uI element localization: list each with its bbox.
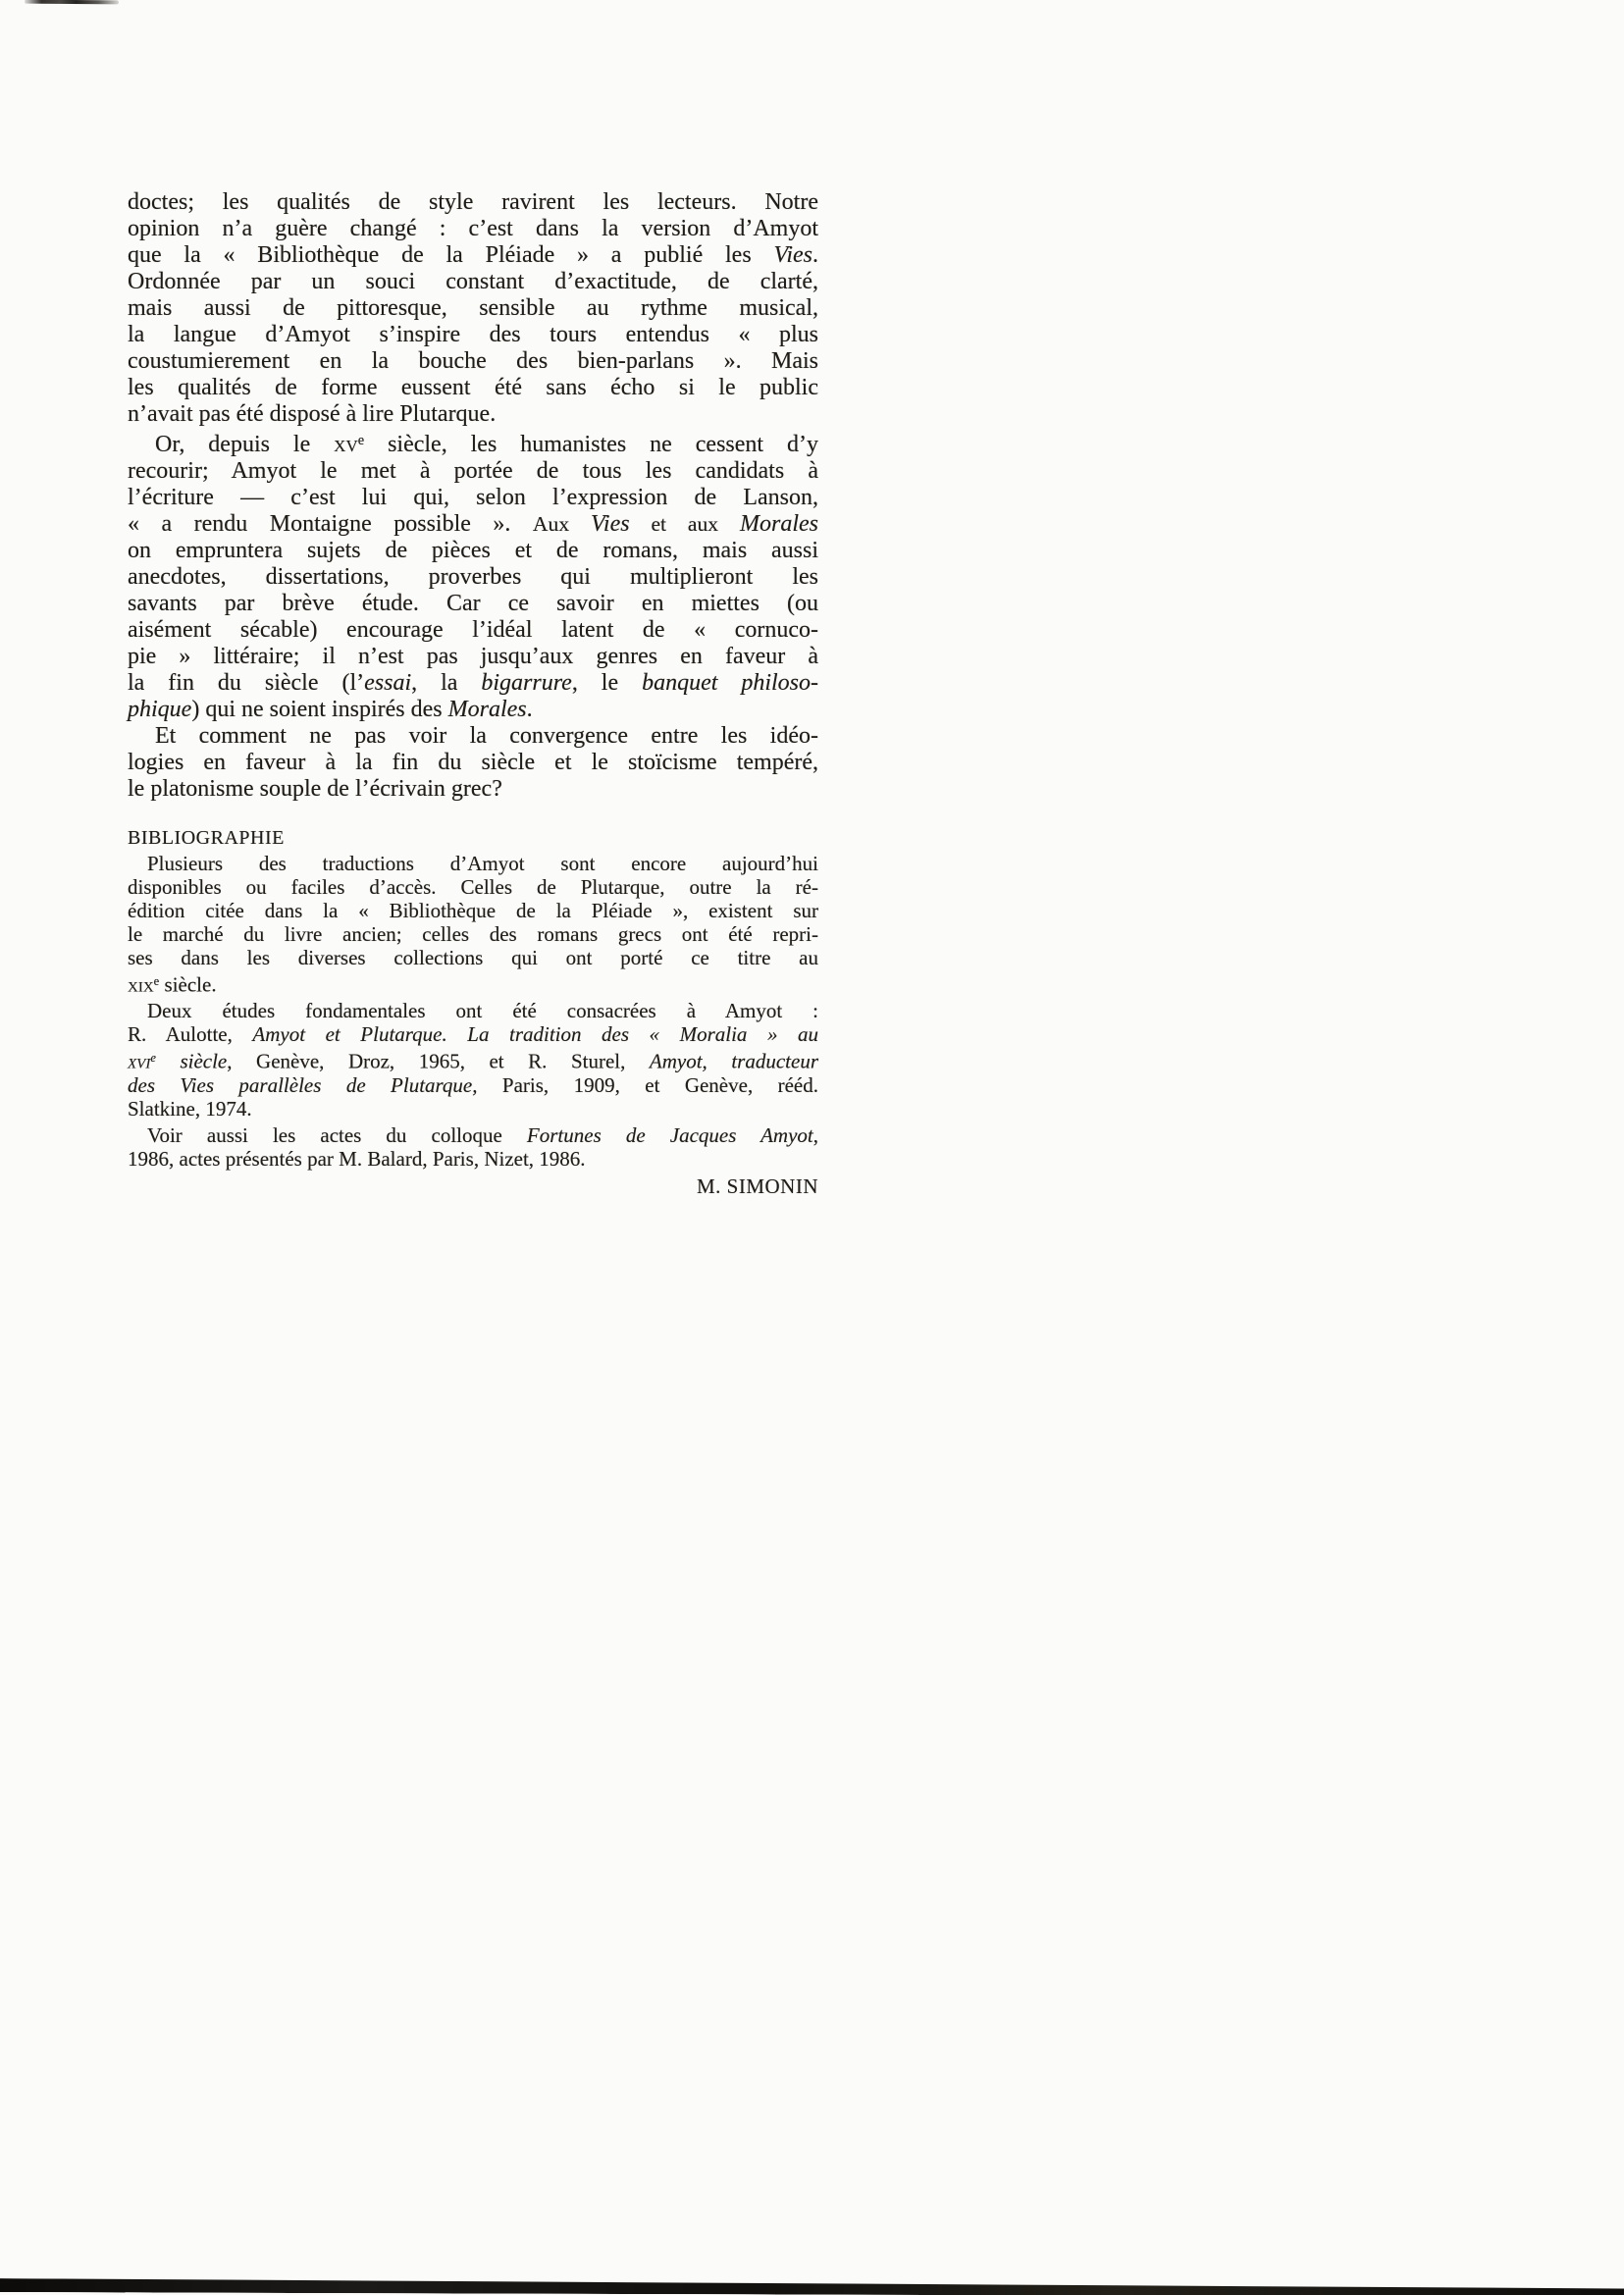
text-line: 1986, actes présentés par M. Balard, Par… <box>128 1147 818 1171</box>
text-line: xixe siècle. <box>128 969 818 996</box>
text-run: Aux <box>533 512 591 536</box>
text-run: xix <box>128 972 154 996</box>
text-run: siècle, les humanistes ne cessent d’y <box>364 432 818 457</box>
text-run: doctes; les qualités de style ravirent l… <box>128 189 818 215</box>
text-run: la langue d’Amyot s’inspire des tours en… <box>128 322 818 347</box>
text-line: R. Aulotte, Amyot et Plutarque. La tradi… <box>128 1022 818 1046</box>
scanned-document-page: doctes; les qualités de style ravirent l… <box>0 0 1624 2295</box>
text-run: bigarrure <box>481 670 571 696</box>
article-body: doctes; les qualités de style ravirent l… <box>128 189 818 803</box>
text-line: savants par brève étude. Car ce savoir e… <box>128 591 818 617</box>
text-line: anecdotes, dissertations, proverbes qui … <box>128 564 818 591</box>
text-run: opinion n’a guère changé : c’est dans la… <box>128 216 818 241</box>
text-line: la langue d’Amyot s’inspire des tours en… <box>128 322 818 348</box>
text-run: l’écriture — c’est lui qui, selon l’expr… <box>128 485 818 510</box>
paragraph: Deux études fondamentales ont été consac… <box>128 999 818 1120</box>
text-run: . <box>812 242 818 268</box>
text-run: Vies <box>773 242 812 268</box>
paragraph: Voir aussi les actes du colloque Fortune… <box>128 1123 818 1171</box>
paragraph: doctes; les qualités de style ravirent l… <box>128 189 818 428</box>
text-run: , le <box>572 670 642 696</box>
text-run: Fortunes de Jacques Amyot <box>527 1123 813 1147</box>
scan-streak-artifact <box>25 0 119 4</box>
text-line: Et comment ne pas voir la convergence en… <box>128 723 818 750</box>
text-line: coustumierement en la bouche des bien-pa… <box>128 348 818 375</box>
text-run: siècle. <box>159 972 216 996</box>
text-line: édition citée dans la « Bibliothèque de … <box>128 899 818 922</box>
text-line: opinion n’a guère changé : c’est dans la… <box>128 216 818 242</box>
text-run: édition citée dans la « Bibliothèque de … <box>128 899 818 922</box>
text-run: Vies <box>591 511 630 537</box>
text-line: le marché du livre ancien; celles des ro… <box>128 922 818 946</box>
text-run: Paris, 1909, et Genève, rééd. <box>478 1073 818 1097</box>
text-run: Et comment ne pas voir la convergence en… <box>155 723 818 749</box>
bibliography-body: Plusieurs des traductions d’Amyot sont e… <box>128 852 818 1171</box>
text-run: Morales <box>740 511 818 537</box>
text-line: Or, depuis le xve siècle, les humanistes… <box>128 428 818 458</box>
text-run: savants par brève étude. Car ce savoir e… <box>128 591 818 616</box>
text-line: des Vies parallèles de Plutarque, Paris,… <box>128 1073 818 1097</box>
text-run: les qualités de forme eussent été sans é… <box>128 375 818 400</box>
paragraph: Et comment ne pas voir la convergence en… <box>128 723 818 803</box>
text-run: le marché du livre ancien; celles des ro… <box>128 922 818 946</box>
scan-edge-band-artifact <box>0 2278 1624 2295</box>
text-run: , <box>813 1123 818 1147</box>
text-run: R. Aulotte, <box>128 1022 252 1046</box>
text-line: doctes; les qualités de style ravirent l… <box>128 189 818 216</box>
text-run: n’avait pas été disposé à lire Plutarque… <box>128 401 496 427</box>
text-run: siècle <box>156 1050 227 1073</box>
article-text-column: doctes; les qualités de style ravirent l… <box>128 189 818 1198</box>
text-line: pie » littéraire; il n’est pas jusqu’aux… <box>128 644 818 670</box>
text-line: le platonisme souple de l’écrivain grec? <box>128 776 818 803</box>
text-line: mais aussi de pittoresque, sensible au r… <box>128 295 818 322</box>
text-run: logies en faveur à la fin du siècle et l… <box>128 750 818 775</box>
text-line: aisément sécable) encourage l’idéal late… <box>128 617 818 644</box>
text-line: la fin du siècle (l’essai, la bigarrure,… <box>128 670 818 697</box>
text-run: que la « Bibliothèque de la Pléiade » a … <box>128 242 773 268</box>
text-run: Ordonnée par un souci constant d’exactit… <box>128 269 818 294</box>
text-run: coustumierement en la bouche des bien-pa… <box>128 348 818 374</box>
text-line: disponibles ou faciles d’accès. Celles d… <box>128 875 818 899</box>
text-run: disponibles ou faciles d’accès. Celles d… <box>128 875 818 899</box>
text-line: n’avait pas été disposé à lire Plutarque… <box>128 401 818 428</box>
text-run: essai <box>364 670 411 696</box>
text-line: Ordonnée par un souci constant d’exactit… <box>128 269 818 295</box>
text-run: recourir; Amyot le met à portée de tous … <box>128 458 818 484</box>
text-run: des Vies parallèles de Plutarque, <box>128 1073 478 1097</box>
text-line: Plusieurs des traductions d’Amyot sont e… <box>128 852 818 875</box>
text-run: on empruntera sujets de pièces et de rom… <box>128 538 818 563</box>
text-line: on empruntera sujets de pièces et de rom… <box>128 538 818 564</box>
text-run: Or, depuis le <box>155 432 334 457</box>
bibliography-heading: BIBLIOGRAPHIE <box>128 826 818 850</box>
text-run: pie » littéraire; il n’est pas jusqu’aux… <box>128 644 818 669</box>
text-run: Slatkine, 1974. <box>128 1097 252 1121</box>
text-line: xvie siècle, Genève, Droz, 1965, et R. S… <box>128 1046 818 1072</box>
text-run: phique <box>128 697 191 722</box>
text-run: banquet philoso- <box>642 670 818 696</box>
text-run: « a rendu Montaigne possible ». <box>128 511 533 537</box>
text-line: Voir aussi les actes du colloque Fortune… <box>128 1123 818 1147</box>
text-run: Voir aussi les actes du colloque <box>147 1123 527 1147</box>
text-run: 1986, actes présentés par M. Balard, Par… <box>128 1147 586 1171</box>
text-run: Morales <box>448 697 527 722</box>
text-run: Amyot, traducteur <box>650 1050 818 1073</box>
text-run: ses dans les diverses collections qui on… <box>128 946 818 969</box>
text-run: , Genève, Droz, 1965, et R. Sturel, <box>227 1050 650 1073</box>
text-run: ) qui ne soient inspirés des <box>191 697 447 722</box>
paragraph: Plusieurs des traductions d’Amyot sont e… <box>128 852 818 996</box>
text-run: xvi <box>128 1050 150 1073</box>
text-run: Amyot et Plutarque. La tradition des « M… <box>252 1022 818 1046</box>
text-run: mais aussi de pittoresque, sensible au r… <box>128 295 818 321</box>
text-line: Slatkine, 1974. <box>128 1097 818 1121</box>
text-line: ses dans les diverses collections qui on… <box>128 946 818 969</box>
text-run: la fin du siècle (l’ <box>128 670 364 696</box>
text-line: les qualités de forme eussent été sans é… <box>128 375 818 401</box>
text-run: Plusieurs des traductions d’Amyot sont e… <box>147 852 818 875</box>
text-run: et aux <box>630 512 740 536</box>
text-line: logies en faveur à la fin du siècle et l… <box>128 750 818 776</box>
text-line: Deux études fondamentales ont été consac… <box>128 999 818 1022</box>
bibliography-section: BIBLIOGRAPHIE Plusieurs des traductions … <box>128 826 818 1198</box>
text-run: Deux études fondamentales ont été consac… <box>147 999 818 1022</box>
text-run: xv <box>334 432 358 457</box>
text-run: , la <box>411 670 481 696</box>
text-line: l’écriture — c’est lui qui, selon l’expr… <box>128 485 818 511</box>
text-line: « a rendu Montaigne possible ». Aux Vies… <box>128 511 818 538</box>
text-line: phique) qui ne soient inspirés des Moral… <box>128 697 818 723</box>
text-run: aisément sécable) encourage l’idéal late… <box>128 617 818 643</box>
text-run: anecdotes, dissertations, proverbes qui … <box>128 564 818 590</box>
text-run: le platonisme souple de l’écrivain grec? <box>128 776 502 802</box>
author-signature: M. SIMONIN <box>128 1174 818 1198</box>
text-run: . <box>527 697 533 722</box>
text-line: que la « Bibliothèque de la Pléiade » a … <box>128 242 818 269</box>
paragraph: Or, depuis le xve siècle, les humanistes… <box>128 428 818 723</box>
text-line: recourir; Amyot le met à portée de tous … <box>128 458 818 485</box>
